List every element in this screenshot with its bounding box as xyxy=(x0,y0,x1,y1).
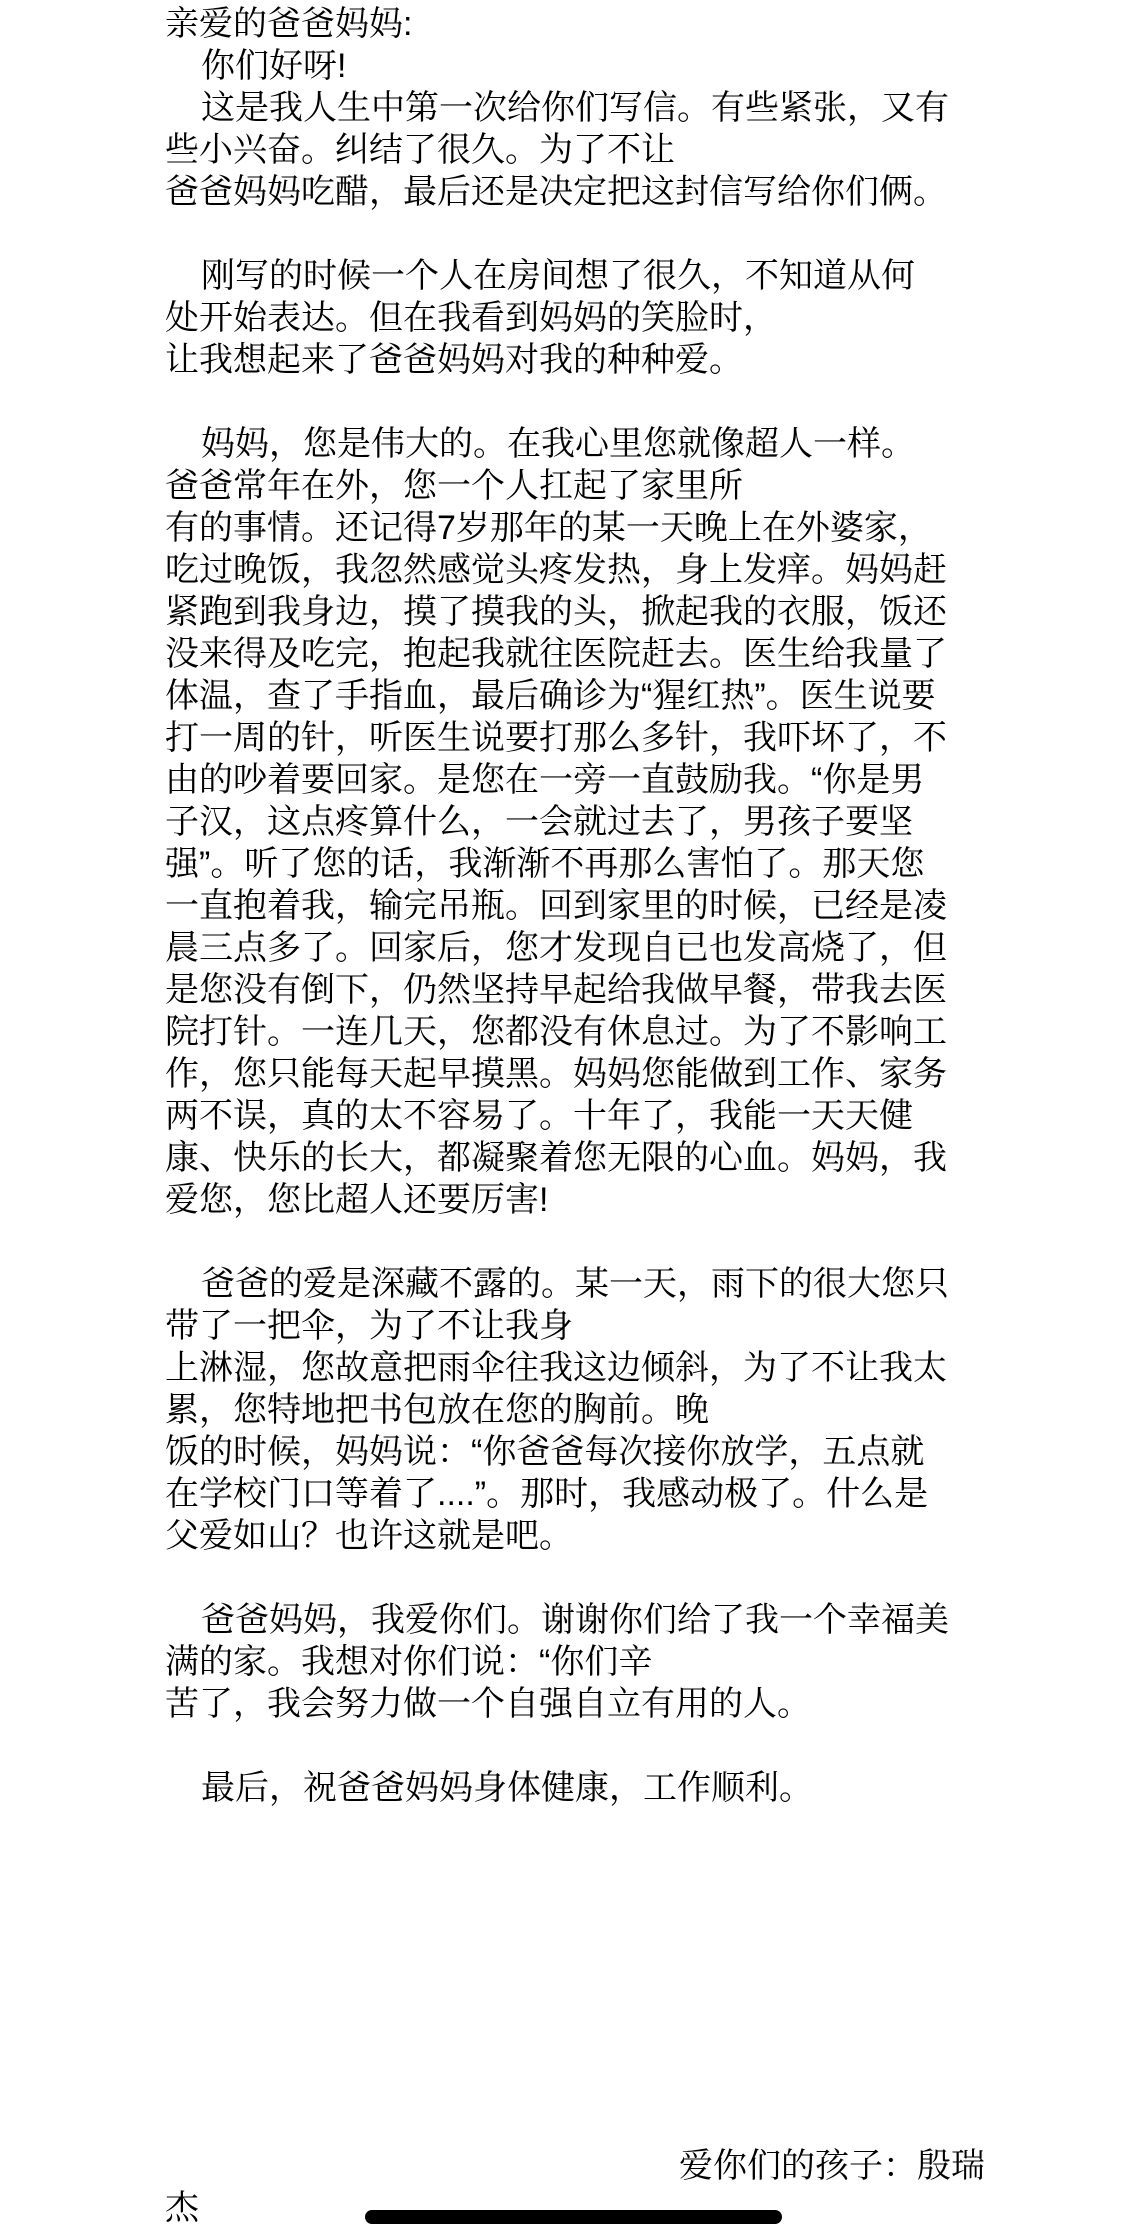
letter-blank-line xyxy=(165,1977,985,2019)
letter-blank-line xyxy=(165,2103,985,2145)
letter-blank-line xyxy=(165,1893,985,1935)
letter-body: 亲爱的爸爸妈妈:你们好呀!这是我人生中第一次给你们写信。有些紧张，又有些小兴奋。… xyxy=(165,3,985,2225)
letter-line: 你们好呀! xyxy=(165,45,985,87)
letter-line: 体温，查了手指血，最后确诊为“猩红热”。医生说要 xyxy=(165,675,985,717)
letter-line: 这是我人生中第一次给你们写信。有些紧张，又有 xyxy=(165,87,985,129)
letter-line: 一直抱着我，输完吊瓶。回到家里的时候，已经是凌 xyxy=(165,885,985,927)
letter-blank-line xyxy=(165,1809,985,1851)
letter-line: 由的吵着要回家。是您在一旁一直鼓励我。“你是男 xyxy=(165,759,985,801)
letter-line: 最后，祝爸爸妈妈身体健康，工作顺利。 xyxy=(165,1767,985,1809)
letter-line: 院打针。一连几天，您都没有休息过。为了不影响工 xyxy=(165,1011,985,1053)
letter-line: 两不误，真的太不容易了。十年了，我能一天天健 xyxy=(165,1095,985,1137)
letter-line: 处开始表达。但在我看到妈妈的笑脸时， xyxy=(165,297,985,339)
letter-line: 妈妈，您是伟大的。在我心里您就像超人一样。 xyxy=(165,423,985,465)
letter-line: 在学校门口等着了....”。那时，我感动极了。什么是 xyxy=(165,1473,985,1515)
letter-blank-line xyxy=(165,213,985,255)
letter-line: 作，您只能每天起早摸黑。妈妈您能做到工作、家务 xyxy=(165,1053,985,1095)
letter-blank-line xyxy=(165,1221,985,1263)
letter-line: 打一周的针，听医生说要打那么多针，我吓坏了，不 xyxy=(165,717,985,759)
letter-blank-line xyxy=(165,2019,985,2061)
letter-blank-line xyxy=(165,1935,985,1977)
letter-line: 康、快乐的长大，都凝聚着您无限的心血。妈妈，我 xyxy=(165,1137,985,1179)
letter-blank-line xyxy=(165,1557,985,1599)
letter-line: 累，您特地把书包放在您的胸前。晚 xyxy=(165,1389,985,1431)
letter-line: 爱你们的孩子：殷瑞 xyxy=(165,2145,985,2187)
letter-line: 爸爸妈妈吃醋，最后还是决定把这封信写给你们俩。 xyxy=(165,171,985,213)
letter-line: 紧跑到我身边，摸了摸我的头，掀起我的衣服，饭还 xyxy=(165,591,985,633)
letter-line: 苦了，我会努力做一个自强自立有用的人。 xyxy=(165,1683,985,1725)
letter-line: 饭的时候，妈妈说：“你爸爸每次接你放学，五点就 xyxy=(165,1431,985,1473)
letter-line: 子汉，这点疼算什么，一会就过去了，男孩子要坚 xyxy=(165,801,985,843)
letter-line: 父爱如山？也许这就是吧。 xyxy=(165,1515,985,1557)
letter-line: 些小兴奋。纠结了很久。为了不让 xyxy=(165,129,985,171)
letter-line: 有的事情。还记得7岁那年的某一天晚上在外婆家， xyxy=(165,507,985,549)
home-indicator-bar[interactable] xyxy=(365,2210,782,2224)
letter-line: 晨三点多了。回家后，您才发现自已也发高烧了，但 xyxy=(165,927,985,969)
letter-line: 是您没有倒下，仍然坚持早起给我做早餐，带我去医 xyxy=(165,969,985,1011)
letter-line: 爸爸妈妈，我爱你们。谢谢你们给了我一个幸福美 xyxy=(165,1599,985,1641)
letter-line: 没来得及吃完，抱起我就往医院赶去。医生给我量了 xyxy=(165,633,985,675)
letter-line: 满的家。我想对你们说：“你们辛 xyxy=(165,1641,985,1683)
letter-blank-line xyxy=(165,381,985,423)
letter-line: 让我想起来了爸爸妈妈对我的种种爱。 xyxy=(165,339,985,381)
letter-line: 爸爸的爱是深藏不露的。某一天，雨下的很大您只 xyxy=(165,1263,985,1305)
letter-line: 强”。听了您的话，我渐渐不再那么害怕了。那天您 xyxy=(165,843,985,885)
letter-line: 带了一把伞，为了不让我身 xyxy=(165,1305,985,1347)
letter-line: 亲爱的爸爸妈妈: xyxy=(165,3,985,45)
letter-line: 上淋湿，您故意把雨伞往我这边倾斜，为了不让我太 xyxy=(165,1347,985,1389)
letter-line: 爸爸常年在外，您一个人扛起了家里所 xyxy=(165,465,985,507)
letter-line: 吃过晚饭，我忽然感觉头疼发热，身上发痒。妈妈赶 xyxy=(165,549,985,591)
letter-line: 刚写的时候一个人在房间想了很久，不知道从何 xyxy=(165,255,985,297)
letter-line: 爱您，您比超人还要厉害! xyxy=(165,1179,985,1221)
letter-blank-line xyxy=(165,2061,985,2103)
letter-blank-line xyxy=(165,1725,985,1767)
letter-blank-line xyxy=(165,1851,985,1893)
